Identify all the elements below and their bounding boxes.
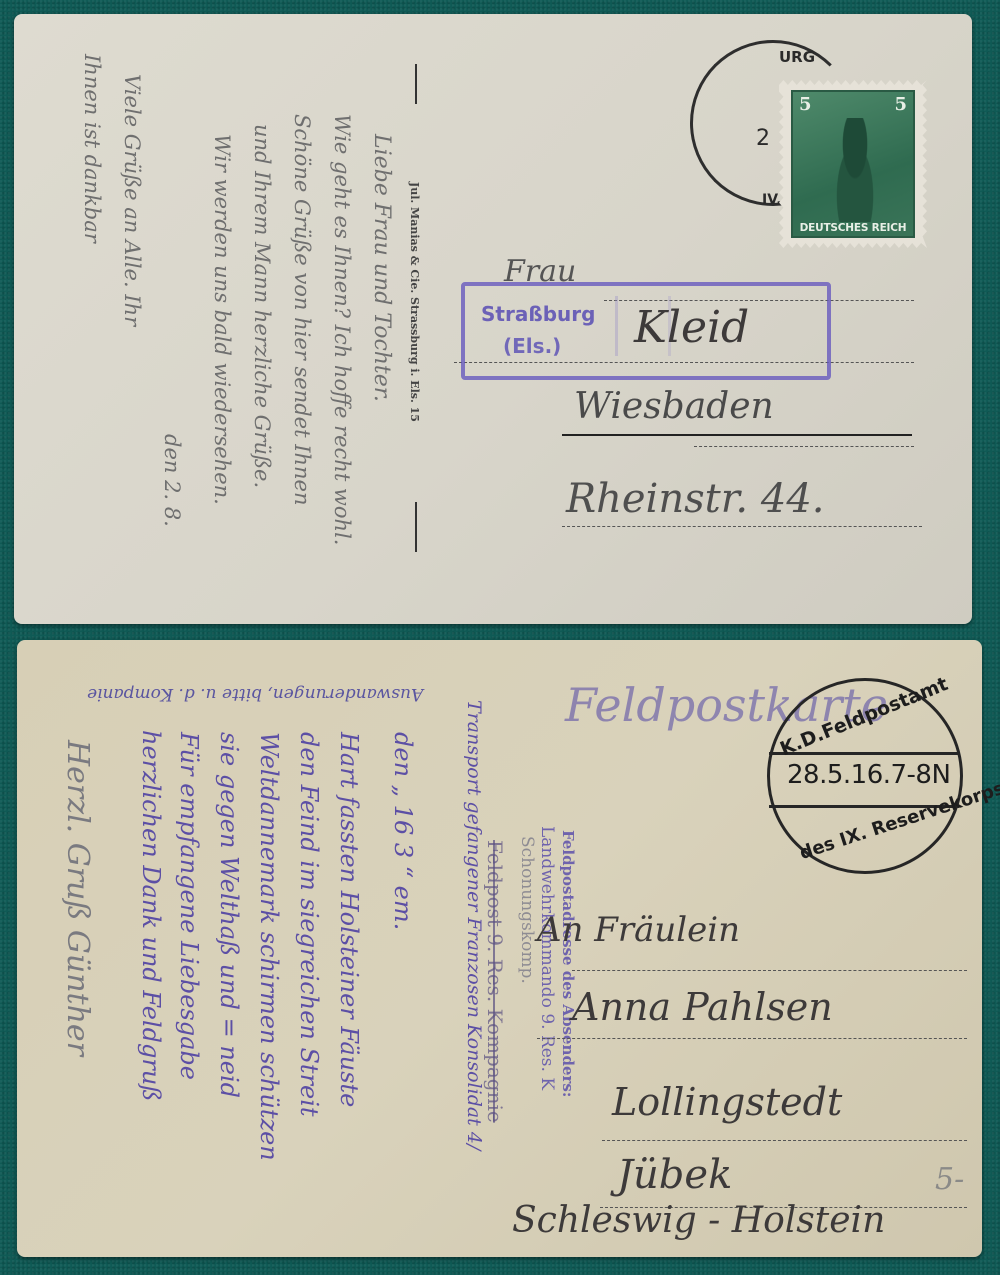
postmark-text-bottom: IV.: [762, 192, 782, 208]
postcard-bottom: Auswanderungen, bitte u. d. Kompanie Her…: [17, 640, 982, 1257]
poem-line: herzlichen Dank und Feldgruß: [137, 730, 165, 1101]
pencil-price-note: 5-: [935, 1162, 964, 1197]
stamp-value: 5: [799, 94, 812, 115]
address-city: Wiesbaden: [574, 386, 774, 427]
sender-stamp-line: Landwehrkommando 9. Res. K: [537, 826, 557, 1090]
address-street: Lollingstedt: [612, 1080, 842, 1124]
message-line: und Ihrem Mann herzliche Grüße.: [250, 124, 274, 488]
sender-stamp-line: Schonungskomp.: [517, 836, 537, 984]
upside-down-note: Auswanderungen, bitte u. d. Kompanie: [87, 684, 423, 704]
poem-line: Hart fassten Holsteiner Fäuste: [335, 732, 363, 1107]
stamp-label: DEUTSCHES REICH: [793, 222, 913, 234]
message-line: Wir werden uns bald wiedersehen.: [210, 134, 234, 505]
message-line: Liebe Frau und Tochter.: [369, 134, 394, 402]
divider-mark: [415, 502, 417, 552]
address-name: Anna Pahlsen: [572, 985, 833, 1029]
address-line: [694, 446, 914, 447]
message-signoff: den 2. 8.: [160, 434, 184, 527]
divider-mark: [415, 64, 417, 104]
postmark-date: 2: [756, 126, 770, 151]
postage-stamp: 5 5 DEUTSCHES REICH: [779, 80, 927, 248]
address-salutation: Frau: [504, 254, 576, 289]
poem-line: den Feind im siegreichen Streit: [295, 732, 323, 1117]
germania-portrait-icon: [827, 118, 883, 222]
poem-line: sie gegen Welthaß und = neid: [215, 732, 243, 1098]
message-line: Wie geht es Ihnen? Ich hoffe recht wohl.: [330, 114, 354, 545]
poem-line: Weltdannemark schirmen schützen: [255, 732, 283, 1161]
address-line: [562, 434, 912, 436]
transport-line: Transport gefangener Franzosen Konsolida…: [463, 700, 485, 1150]
address-street: Rheinstr. 44.: [566, 476, 824, 522]
sender-stamp-line: Feldpostadresse des Absenders:: [559, 830, 577, 1097]
box-stamp-region: (Els.): [503, 334, 561, 358]
pencil-signature: Herzl. Gruß Günther: [60, 740, 95, 1056]
address-line: [537, 1038, 967, 1039]
message-line: Ihnen ist dankbar: [80, 54, 104, 243]
address-line: [562, 526, 922, 527]
postcard-top: Liebe Frau und Tochter. Wie geht es Ihne…: [14, 14, 972, 624]
address-city: Jübek: [617, 1152, 732, 1198]
message-line: Schöne Grüße von hier sendet Ihnen: [290, 114, 314, 506]
address-name: Kleid: [634, 302, 749, 353]
postmark-text-top: URG: [779, 48, 815, 66]
address-region: Schleswig - Holstein: [512, 1200, 885, 1241]
printed-feldpost-line: Feldpost 9. Res. Kompagnie: [483, 840, 507, 1123]
date-line: den „ 16 3 “ em.: [389, 732, 417, 930]
poem-line: Für empfangene Liebesgabe: [175, 732, 203, 1080]
stamp-value: 5: [894, 94, 907, 115]
field-postmark-date: 28.5.16.7-8N: [787, 760, 950, 790]
address-line: [602, 1140, 967, 1141]
box-stamp-city: Straßburg: [481, 302, 595, 326]
publisher-imprint: Jul. Manias & Cie. Strassburg i. Els. 15: [408, 182, 421, 422]
address-salutation: An Fräulein: [537, 910, 740, 950]
address-line: [572, 970, 967, 971]
message-line: Viele Grüße an Alle. Ihr: [120, 74, 144, 326]
